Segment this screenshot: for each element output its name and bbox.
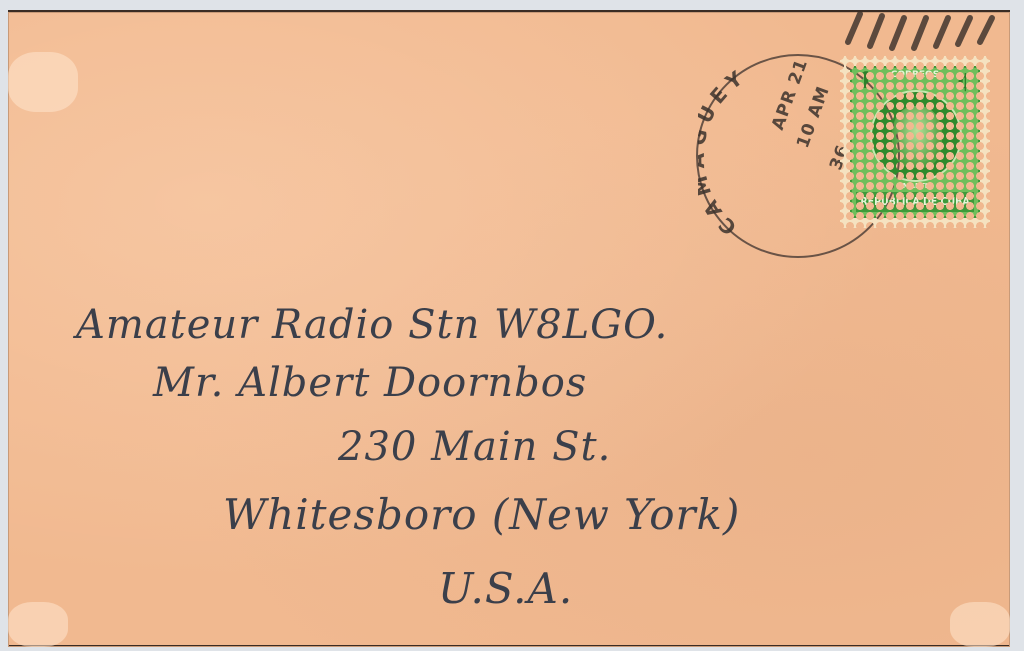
svg-text:CAMAGUEY: CAMAGUEY	[698, 63, 752, 240]
corner-wear	[8, 602, 68, 647]
address-line-3: 230 Main St.	[338, 424, 611, 470]
postcard: CAMAGUEY APR 21 10 AM 36 1 CORREOS ¢ MAR…	[8, 10, 1010, 647]
address-line-1: Amateur Radio Stn W8LGO.	[76, 302, 668, 348]
address-line-5: U.S.A.	[438, 564, 573, 613]
address-line-4: Whitesboro (New York)	[223, 490, 740, 539]
cancellation-bars	[838, 12, 1008, 62]
stamp-cent-sign: ¢	[957, 68, 972, 94]
stamp-portrait-frame	[870, 90, 962, 182]
stamp-country: REPUBLICA DE CUBA	[856, 192, 974, 212]
address-line-2: Mr. Albert Doornbos	[153, 360, 587, 406]
corner-wear	[8, 52, 78, 112]
stamp-face: 1 CORREOS ¢ MARTI REPUBLICA DE CUBA	[850, 66, 980, 218]
corner-wear	[950, 602, 1010, 647]
stamp-portrait-name: MARTI	[852, 182, 978, 190]
portrait-icon	[892, 106, 942, 168]
postage-stamp: 1 CORREOS ¢ MARTI REPUBLICA DE CUBA	[840, 56, 990, 228]
